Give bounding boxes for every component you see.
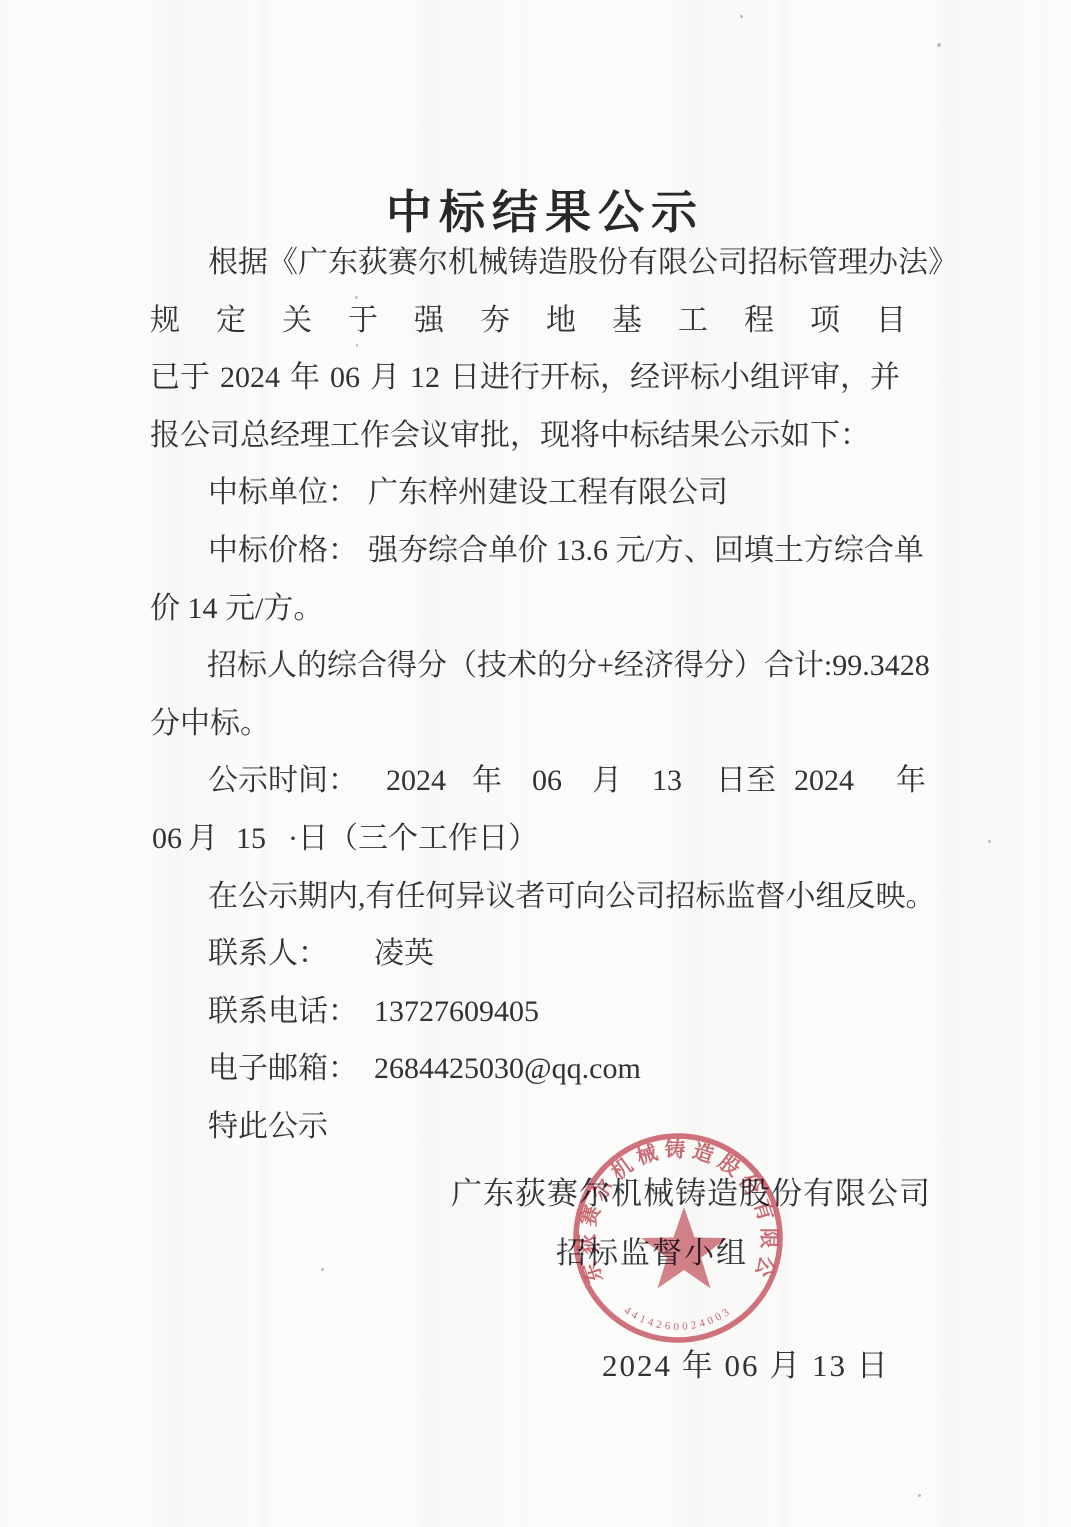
period-end-year-blank: 2024 bbox=[776, 764, 896, 797]
official-seal: 广东荻赛尔机械铸造股份有限公司 4414260024003 bbox=[566, 1126, 790, 1350]
scan-speck bbox=[321, 1268, 324, 1271]
scan-speck bbox=[937, 43, 941, 47]
score-text: 招标人的综合得分（技术的分+经济得分）合计:99.3428 bbox=[207, 649, 930, 682]
contact-person-value: 凌英 bbox=[374, 937, 434, 970]
winning-price-line: 中标价格：强夯综合单价 13.6 元/方、回填土方综合单 bbox=[150, 522, 940, 580]
project-lead-text: 规定关于 bbox=[150, 304, 414, 337]
approval-text: 报公司总经理工作会议审批，现将中标结果公示如下： bbox=[150, 419, 870, 452]
document-body: 根据《广东荻赛尔机械铸造股份有限公司招标管理办法》 规定关于强夯地基工程项目 已… bbox=[150, 234, 940, 1156]
paragraph-basis-line: 根据《广东荻赛尔机械铸造股份有限公司招标管理办法》 bbox=[150, 234, 940, 292]
year-char-2: 年 bbox=[472, 764, 502, 797]
opening-post-text: 日进行开标，经评标小组评审，并 bbox=[450, 361, 900, 394]
price-continuation-line: 价 14 元/方。 bbox=[150, 580, 940, 638]
period-end-day-blank: 15 bbox=[218, 822, 288, 855]
year-char: 年 bbox=[290, 361, 320, 394]
objection-line: 在公示期内,有任何异议者可向公司招标监督小组反映。 bbox=[150, 868, 940, 926]
winning-price-label: 中标价格： bbox=[208, 534, 358, 567]
year-char-3: 年 bbox=[896, 764, 926, 797]
approval-line: 报公司总经理工作会议审批，现将中标结果公示如下： bbox=[150, 407, 940, 465]
scan-speck bbox=[740, 15, 743, 18]
scan-speck bbox=[356, 344, 358, 347]
scan-speck bbox=[918, 1494, 921, 1497]
day-to-chars: 日至 bbox=[716, 764, 776, 797]
working-days-note: ·日（三个工作日） bbox=[288, 822, 538, 855]
contact-phone-line: 联系电话：13727609405 bbox=[150, 983, 940, 1041]
scan-speck bbox=[355, 296, 358, 299]
score-continuation-text: 分中标。 bbox=[150, 707, 306, 740]
basis-text: 根据《广东荻赛尔机械铸造股份有限公司招标管理办法》 bbox=[208, 246, 958, 279]
period-start-day-blank: 13 bbox=[622, 764, 716, 797]
opening-pre-text: 已于 bbox=[150, 361, 210, 394]
svg-text:4414260024003: 4414260024003 bbox=[622, 1304, 735, 1332]
seal-code-text: 4414260024003 bbox=[622, 1304, 735, 1332]
document-title: 中标结果公示 bbox=[150, 176, 940, 242]
score-continuation-line: 分中标。 bbox=[150, 695, 940, 753]
winning-bidder-value: 广东梓州建设工程有限公司 bbox=[358, 476, 912, 509]
score-line: 招标人的综合得分（技术的分+经济得分）合计:99.3428 bbox=[150, 637, 940, 695]
contact-email-value: 2684425030@qq.com bbox=[374, 1052, 641, 1085]
contact-phone-value: 13727609405 bbox=[374, 995, 539, 1028]
winning-bidder-line: 中标单位：广东梓州建设工程有限公司 bbox=[150, 464, 940, 522]
scan-speck bbox=[988, 840, 991, 843]
project-name-line: 规定关于强夯地基工程项目 bbox=[150, 292, 940, 350]
month-char-2: 月 bbox=[592, 764, 622, 797]
project-name-underlined: 强夯地基工程项目 bbox=[414, 304, 942, 337]
publicity-period-line-2: 06月15·日（三个工作日） bbox=[150, 810, 940, 868]
objection-text: 在公示期内,有任何异议者可向公司招标监督小组反映。 bbox=[208, 880, 936, 913]
contact-phone-label: 联系电话： bbox=[208, 983, 374, 1041]
contact-email-line: 电子邮箱：2684425030@qq.com bbox=[150, 1040, 940, 1098]
period-end-month-blank: 06 bbox=[150, 822, 188, 855]
winning-price-value: 强夯综合单价 13.6 元/方、回填土方综合单 bbox=[358, 534, 964, 567]
publicity-period-label: 公示时间： bbox=[208, 764, 358, 797]
publicity-period-line: 公示时间：2024年06月13日至2024年 bbox=[150, 752, 940, 810]
seal-star-icon bbox=[641, 1207, 727, 1288]
opening-year-blank: 2024 bbox=[210, 361, 290, 394]
contact-email-label: 电子邮箱： bbox=[208, 1040, 374, 1098]
bid-opening-date-line: 已于2024年06月12日进行开标，经评标小组评审，并 bbox=[150, 349, 940, 407]
closing-text: 特此公示 bbox=[208, 1110, 328, 1143]
period-start-year-blank: 2024 bbox=[358, 764, 472, 797]
period-start-month-blank: 06 bbox=[502, 764, 592, 797]
price-continuation-text: 价 14 元/方。 bbox=[150, 592, 357, 625]
month-char: 月 bbox=[370, 361, 400, 394]
month-char-3: 月 bbox=[188, 822, 218, 855]
winning-bidder-label: 中标单位： bbox=[208, 476, 358, 509]
opening-month-blank: 06 bbox=[320, 361, 370, 394]
opening-day-blank: 12 bbox=[400, 361, 450, 394]
contact-person-line: 联系人：凌英 bbox=[150, 925, 940, 983]
closing-line: 特此公示 bbox=[150, 1098, 940, 1156]
contact-person-label: 联系人： bbox=[208, 925, 374, 983]
